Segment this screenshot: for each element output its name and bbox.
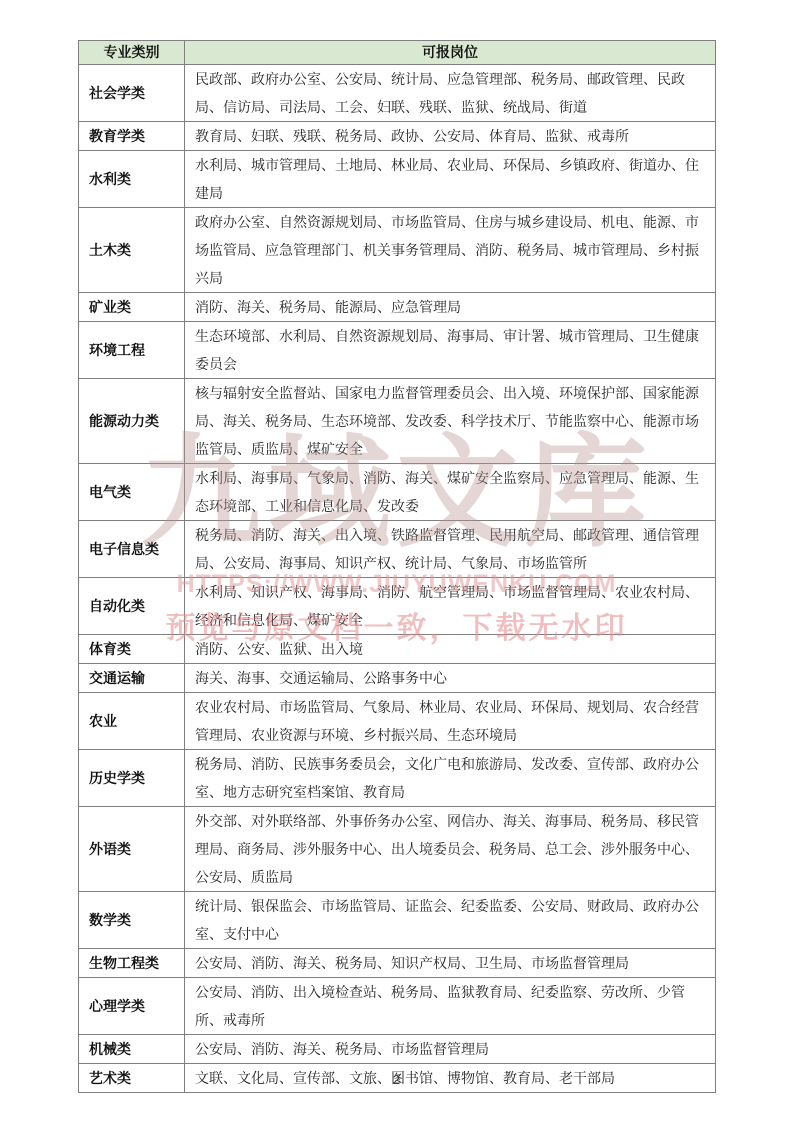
positions-cell: 农业农村局、市场监管局、气象局、林业局、农业局、环保局、规划局、农合经营管理局、… bbox=[185, 693, 716, 750]
table-row: 生物工程类公安局、消防、海关、税务局、知识产权局、卫生局、市场监督管理局 bbox=[79, 949, 716, 978]
table-row: 电子信息类税务局、消防、海关、出入境、铁路监督管理、民用航空局、邮政管理、通信管… bbox=[79, 521, 716, 578]
category-cell: 电子信息类 bbox=[79, 521, 185, 578]
positions-cell: 消防、海关、税务局、能源局、应急管理局 bbox=[185, 293, 716, 322]
positions-cell: 税务局、消防、民族事务委员会，文化广电和旅游局、发改委、宣传部、政府办公室、地方… bbox=[185, 750, 716, 807]
category-cell: 土木类 bbox=[79, 208, 185, 293]
category-cell: 矿业类 bbox=[79, 293, 185, 322]
column-header-category: 专业类别 bbox=[79, 41, 185, 65]
category-cell: 体育类 bbox=[79, 635, 185, 664]
positions-cell: 公安局、消防、海关、税务局、知识产权局、卫生局、市场监督管理局 bbox=[185, 949, 716, 978]
table-row: 机械类公安局、消防、海关、税务局、市场监督管理局 bbox=[79, 1035, 716, 1064]
category-cell: 农业 bbox=[79, 693, 185, 750]
category-cell: 社会学类 bbox=[79, 65, 185, 122]
category-cell: 机械类 bbox=[79, 1035, 185, 1064]
positions-cell: 税务局、消防、海关、出入境、铁路监督管理、民用航空局、邮政管理、通信管理局、公安… bbox=[185, 521, 716, 578]
table-row: 农业农业农村局、市场监管局、气象局、林业局、农业局、环保局、规划局、农合经营管理… bbox=[79, 693, 716, 750]
positions-cell: 教育局、妇联、残联、税务局、政协、公安局、体育局、监狱、戒毒所 bbox=[185, 122, 716, 151]
positions-cell: 海关、海事、交通运输局、公路事务中心 bbox=[185, 664, 716, 693]
table-row: 土木类政府办公室、自然资源规划局、市场监管局、住房与城乡建设局、机电、能源、市场… bbox=[79, 208, 716, 293]
positions-cell: 政府办公室、自然资源规划局、市场监管局、住房与城乡建设局、机电、能源、市场监管局… bbox=[185, 208, 716, 293]
category-cell: 自动化类 bbox=[79, 578, 185, 635]
category-cell: 外语类 bbox=[79, 807, 185, 892]
positions-cell: 公安局、消防、出入境检查站、税务局、监狱教育局、纪委监察、劳改所、少管所、戒毒所 bbox=[185, 978, 716, 1035]
table-row: 外语类外交部、对外联络部、外事侨务办公室、网信办、海关、海事局、税务局、移民管理… bbox=[79, 807, 716, 892]
column-header-positions: 可报岗位 bbox=[185, 41, 716, 65]
positions-cell: 水利局、城市管理局、土地局、林业局、农业局、环保局、乡镇政府、街道办、住建局 bbox=[185, 151, 716, 208]
table-row: 教育学类教育局、妇联、残联、税务局、政协、公安局、体育局、监狱、戒毒所 bbox=[79, 122, 716, 151]
category-cell: 历史学类 bbox=[79, 750, 185, 807]
category-cell: 水利类 bbox=[79, 151, 185, 208]
table-row: 历史学类税务局、消防、民族事务委员会，文化广电和旅游局、发改委、宣传部、政府办公… bbox=[79, 750, 716, 807]
category-cell: 电气类 bbox=[79, 464, 185, 521]
table-row: 水利类水利局、城市管理局、土地局、林业局、农业局、环保局、乡镇政府、街道办、住建… bbox=[79, 151, 716, 208]
positions-cell: 消防、公安、监狱、出入境 bbox=[185, 635, 716, 664]
positions-cell: 水利局、知识产权、海事局、消防、航空管理局、市场监督管理局、农业农村局、经济和信… bbox=[185, 578, 716, 635]
category-cell: 教育学类 bbox=[79, 122, 185, 151]
table-row: 电气类水利局、海事局、气象局、消防、海关、煤矿安全监察局、应急管理局、能源、生态… bbox=[79, 464, 716, 521]
table-row: 体育类消防、公安、监狱、出入境 bbox=[79, 635, 716, 664]
positions-table: 专业类别 可报岗位 社会学类民政部、政府办公室、公安局、统计局、应急管理部、税务… bbox=[78, 40, 716, 1093]
table-row: 自动化类水利局、知识产权、海事局、消防、航空管理局、市场监督管理局、农业农村局、… bbox=[79, 578, 716, 635]
page-number: 2 bbox=[0, 1072, 793, 1087]
category-cell: 交通运输 bbox=[79, 664, 185, 693]
table-row: 矿业类消防、海关、税务局、能源局、应急管理局 bbox=[79, 293, 716, 322]
table-row: 社会学类民政部、政府办公室、公安局、统计局、应急管理部、税务局、邮政管理、民政局… bbox=[79, 65, 716, 122]
table-row: 心理学类公安局、消防、出入境检查站、税务局、监狱教育局、纪委监察、劳改所、少管所… bbox=[79, 978, 716, 1035]
table-row: 环境工程生态环境部、水利局、自然资源规划局、海事局、审计署、城市管理局、卫生健康… bbox=[79, 322, 716, 379]
positions-cell: 核与辐射安全监督站、国家电力监督管理委员会、出入境、环境保护部、国家能源局、海关… bbox=[185, 379, 716, 464]
table-row: 能源动力类核与辐射安全监督站、国家电力监督管理委员会、出入境、环境保护部、国家能… bbox=[79, 379, 716, 464]
positions-cell: 水利局、海事局、气象局、消防、海关、煤矿安全监察局、应急管理局、能源、生态环境部… bbox=[185, 464, 716, 521]
positions-cell: 公安局、消防、海关、税务局、市场监督管理局 bbox=[185, 1035, 716, 1064]
positions-cell: 统计局、银保监会、市场监管局、证监会、纪委监委、公安局、财政局、政府办公室、支付… bbox=[185, 892, 716, 949]
category-cell: 环境工程 bbox=[79, 322, 185, 379]
category-cell: 心理学类 bbox=[79, 978, 185, 1035]
category-cell: 能源动力类 bbox=[79, 379, 185, 464]
positions-cell: 生态环境部、水利局、自然资源规划局、海事局、审计署、城市管理局、卫生健康委员会 bbox=[185, 322, 716, 379]
table-row: 数学类统计局、银保监会、市场监管局、证监会、纪委监委、公安局、财政局、政府办公室… bbox=[79, 892, 716, 949]
table-header-row: 专业类别 可报岗位 bbox=[79, 41, 716, 65]
positions-cell: 民政部、政府办公室、公安局、统计局、应急管理部、税务局、邮政管理、民政局、信访局… bbox=[185, 65, 716, 122]
positions-cell: 外交部、对外联络部、外事侨务办公室、网信办、海关、海事局、税务局、移民管理局、商… bbox=[185, 807, 716, 892]
category-cell: 生物工程类 bbox=[79, 949, 185, 978]
table-row: 交通运输海关、海事、交通运输局、公路事务中心 bbox=[79, 664, 716, 693]
category-cell: 数学类 bbox=[79, 892, 185, 949]
